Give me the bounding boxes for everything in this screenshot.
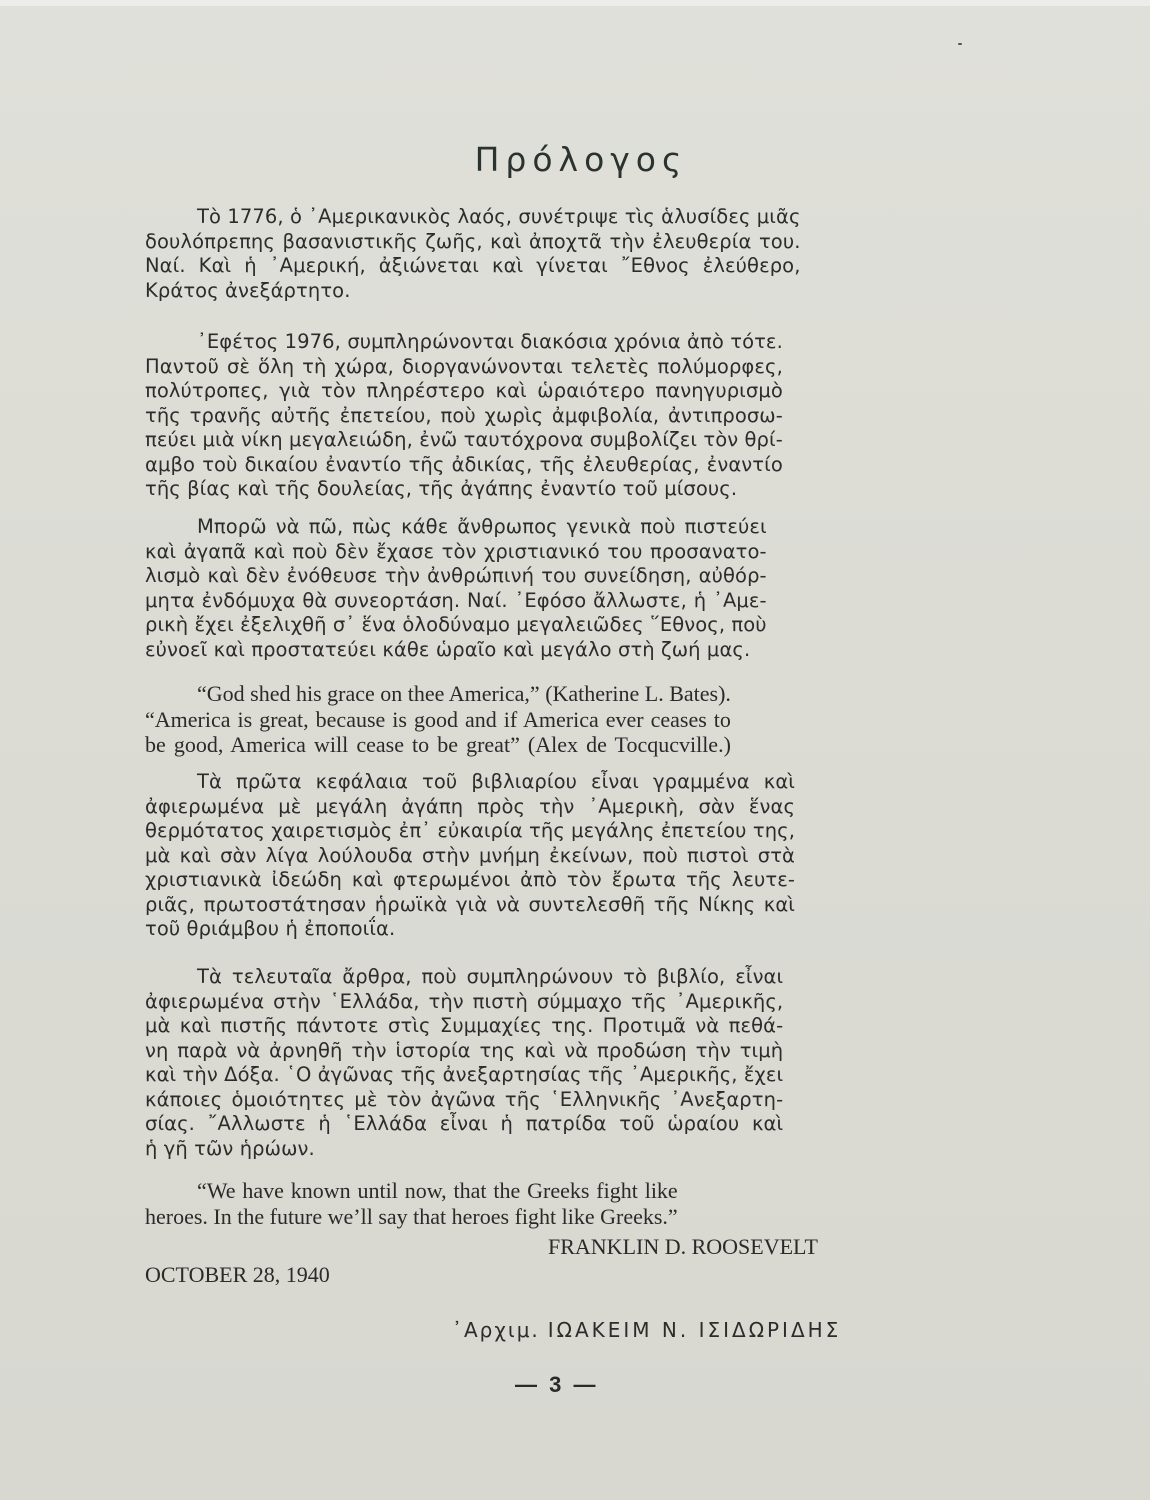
paper-speck [958,43,962,45]
text-line: καὶ τὴν Δόξα. ῾Ο ἀγῶνας τῆς ἀνεξαρτησίας… [145,1063,783,1088]
text-line: Παντοῦ σὲ ὅλη τὴ χώρα, διοργανώνονται τε… [145,355,783,380]
page-number: — 3 — [515,1372,595,1398]
text-line: ἀφιερωμένα στὴν ῾Ελλάδα, τὴν πιστὴ σύμμα… [145,990,783,1015]
author-title: ᾿Αρχιμ. [452,1318,540,1342]
text-line: αμβο τοὺ δικαίου ἐναντίο τῆς ἀδικίας, τῆ… [145,453,783,478]
text-line: τοῦ θριάμβου ἡ ἐποποιΐα. [145,917,795,942]
text-line: Μπορῶ νὰ πῶ, πὼς κάθε ἄνθρωπος γενικὰ πο… [145,515,767,540]
text-line: “God shed his grace on thee America,” (K… [145,681,731,707]
text-line: be good, America will cease to be great”… [145,732,731,758]
text-line: μὰ καὶ σὰν λίγα λούλουδα στὴν μνήμη ἐκεί… [145,844,795,869]
text-line: χριστιανικὰ ἰδεώδη καὶ φτερωμένοι ἀπὸ τὸ… [145,868,795,893]
author-name: ΙΩΑΚΕΙΜ Ν. ΙΣΙΔΩΡΙΔΗΣ [548,1318,842,1342]
text-line: Τὸ 1776, ὁ ᾿Αμερικανικὸς λαός, συνέτριψε… [145,205,801,230]
text-line: Ναί. Καὶ ἡ ᾿Αμερική, ἀξιώνεται καὶ γίνετ… [145,254,801,279]
english-quotes: “God shed his grace on thee America,” (K… [145,681,731,758]
text-line: ἡ γῆ τῶν ἡρώων. [145,1137,783,1162]
paragraph-1: Τὸ 1776, ὁ ᾿Αμερικανικὸς λαός, συνέτριψε… [145,205,801,303]
text-line: τῆς βίας καὶ τῆς δουλείας, τῆς ἀγάπης ἐν… [145,477,783,502]
text-line: σίας. ῎Αλλωστε ἡ ῾Ελλάδα εἶναι ἡ πατρίδα… [145,1112,783,1137]
text-line: “America is great, because is good and i… [145,707,731,733]
paragraph-5: Τὰ τελευταῖα ἄρθρα, ποὺ συμπληρώνουν τὸ … [145,965,783,1161]
page-top-edge [0,0,1150,6]
text-line: λισμὸ καὶ δὲν ἐνόθευσε τὴν ἀνθρώπινή του… [145,564,767,589]
text-line: πολύτροπες, γιὰ τὸν πληρέστερο καὶ ὡραιό… [145,379,783,404]
text-line: ἀφιερωμένα μὲ μεγάλη ἀγάπη πρὸς τὴν ᾿Αμε… [145,795,795,820]
quote-attribution: FRANKLIN D. ROOSEVELT [548,1234,818,1260]
text-line: δουλόπρεπης βασανιστικῆς ζωῆς, καὶ ἀποχτ… [145,230,801,255]
paragraph-3: Μπορῶ νὰ πῶ, πὼς κάθε ἄνθρωπος γενικὰ πο… [145,515,767,662]
roosevelt-quote: “We have known until now, that the Greek… [145,1178,678,1229]
text-line: Τὰ πρῶτα κεφάλαια τοῦ βιβλιαρίου εἶναι γ… [145,770,795,795]
text-line: μὰ καὶ πιστῆς πάντοτε στὶς Συμμαχίες της… [145,1014,783,1039]
page-title: Πρόλογος [0,140,1150,179]
author-signature: ᾿Αρχιμ.ΙΩΑΚΕΙΜ Ν. ΙΣΙΔΩΡΙΔΗΣ [452,1318,841,1342]
text-line: πεύει μιὰ νίκη μεγαλειώδη, ἐνῶ ταυτόχρον… [145,428,783,453]
text-line: ᾿Εφέτος 1976, συμπληρώνονται διακόσια χρ… [145,330,783,355]
text-line: καὶ ἀγαπᾶ καὶ ποὺ δὲν ἔχασε τὸν χριστιαν… [145,540,767,565]
text-line: Τὰ τελευταῖα ἄρθρα, ποὺ συμπληρώνουν τὸ … [145,965,783,990]
text-line: heroes. In the future we’ll say that her… [145,1204,678,1230]
text-line: ρικὴ ἔχει ἐξελιχθῆ σ᾿ ἕνα ὁλοδύναμο μεγα… [145,613,767,638]
text-line: μητα ἐνδόμυχα θὰ συνεορτάση. Ναί. ᾿Εφόσο… [145,589,767,614]
text-line: θερμότατος χαιρετισμὸς ἐπ᾿ εὐκαιρία τῆς … [145,819,795,844]
text-line: εὐνοεῖ καὶ προστατεύει κάθε ὡραῖο καὶ με… [145,638,767,663]
paragraph-4: Τὰ πρῶτα κεφάλαια τοῦ βιβλιαρίου εἶναι γ… [145,770,795,942]
text-line: “We have known until now, that the Greek… [145,1178,678,1204]
paragraph-2: ᾿Εφέτος 1976, συμπληρώνονται διακόσια χρ… [145,330,783,502]
text-line: τῆς τρανῆς αὐτῆς ἐπετείου, ποὺ χωρὶς ἀμφ… [145,404,783,429]
quote-date: OCTOBER 28, 1940 [145,1262,330,1288]
text-line: Κράτος ἀνεξάρτητο. [145,279,801,304]
document-page: Πρόλογος Τὸ 1776, ὁ ᾿Αμερικανικὸς λαός, … [0,0,1150,1500]
text-line: νη παρὰ νὰ ἀρνηθῆ τὴν ἱστορία της καὶ νὰ… [145,1039,783,1064]
text-line: κάποιες ὁμοιότητες μὲ τὸν ἀγῶνα τῆς ῾Ελλ… [145,1088,783,1113]
text-line: ριᾶς, πρωτοστάτησαν ἡρωϊκὰ γιὰ νὰ συντελ… [145,893,795,918]
